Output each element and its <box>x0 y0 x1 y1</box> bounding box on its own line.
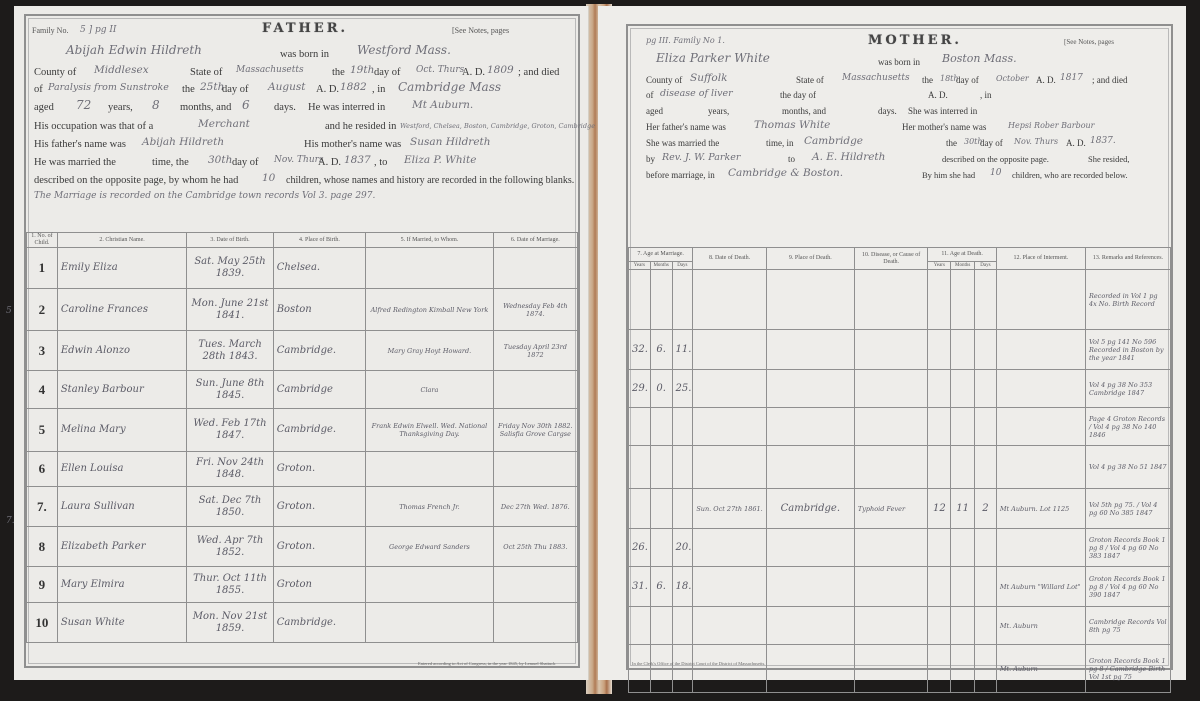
death-age-months <box>951 370 975 408</box>
death-place: Cambridge Mass <box>398 79 501 96</box>
label: time, in <box>766 135 794 152</box>
child-number: 7. <box>27 487 58 527</box>
remarks: Cambridge Records Vol 8th pg 75 <box>1085 607 1170 645</box>
marriage-year: 1837 <box>344 152 371 169</box>
label: before marriage, in <box>646 167 715 184</box>
marriage-age-days: 18. <box>672 567 693 607</box>
death-cause <box>854 370 928 408</box>
label: A. D. <box>928 87 948 104</box>
child-name: Emily Eliza <box>57 248 187 289</box>
mother-page: pg III. Family No 1. MOTHER. [See Notes,… <box>598 6 1186 680</box>
col-header: 3. Date of Birth. <box>187 233 273 248</box>
death-age-years <box>928 330 951 370</box>
label: time, the <box>152 154 189 171</box>
page-title: FATHER. <box>262 20 348 37</box>
label: , in <box>980 87 992 104</box>
table-row: 31.6.18.Mt Auburn "Willard Lot"Groton Re… <box>629 567 1171 607</box>
label: aged <box>34 99 54 116</box>
death-day: 25th <box>200 79 224 96</box>
death-age-years <box>928 370 951 408</box>
marriage-date: Dec 27th Wed. 1876. <box>493 487 577 527</box>
marriage-date <box>493 567 577 603</box>
marriage-place: Cambridge <box>804 133 863 150</box>
death-age-months <box>951 270 975 330</box>
child-number: 9 <box>27 567 58 603</box>
birth-year: 1817 <box>1060 70 1083 87</box>
mothers-name: Hepsi Rober Barbour <box>1008 117 1095 134</box>
birth-year: 1809 <box>487 62 514 79</box>
death-date <box>693 270 767 330</box>
marriage-year: 1837. <box>1090 133 1116 150</box>
label: days. <box>274 99 296 116</box>
death-age-years <box>928 270 951 330</box>
death-age-years: 12 <box>928 489 951 529</box>
marriage-age-months: 0. <box>650 370 672 408</box>
birth-date: Sun. June 8th 1845. <box>187 371 273 409</box>
death-cause <box>854 330 928 370</box>
death-cause <box>854 446 928 489</box>
age-months: 8 <box>152 97 160 114</box>
label: was born in <box>280 46 329 63</box>
officiant: Rev. J. W. Parker <box>662 149 740 166</box>
spouse-name: Frank Edwin Elwell. Wed. National Thanks… <box>366 409 493 452</box>
table-row: Mt. AuburnCambridge Records Vol 8th pg 7… <box>629 607 1171 645</box>
label: , in <box>372 81 385 98</box>
table-row: 8Elizabeth ParkerWed. Apr 7th 1852.Groto… <box>27 527 578 567</box>
marriage-date <box>493 371 577 409</box>
state: Massachusetts <box>236 62 304 79</box>
death-place <box>766 270 854 330</box>
label: By him she had <box>922 167 975 184</box>
spouse-name: George Edward Sanders <box>366 527 493 567</box>
occupation: Merchant <box>198 116 250 133</box>
remarks: Vol 4 pg 38 No 353 Cambridge 1847 <box>1085 370 1170 408</box>
birth-place: Boston <box>273 289 366 331</box>
marriage-month: Nov. Thurs <box>1014 133 1058 150</box>
marriage-age-days <box>672 408 693 446</box>
death-place: Cambridge. <box>766 489 854 529</box>
table-row: 2Caroline FrancesMon. June 21st 1841.Bos… <box>27 289 578 331</box>
child-number: 1 <box>27 248 58 289</box>
birth-date: Wed. Apr 7th 1852. <box>187 527 273 567</box>
death-date <box>693 408 767 446</box>
child-name: Mary Elmira <box>57 567 187 603</box>
birth-place: Cambridge <box>273 371 366 409</box>
mothers-name: Susan Hildreth <box>410 134 491 151</box>
label: days. <box>878 103 897 120</box>
child-number: 6 <box>27 452 58 487</box>
marriage-age-years <box>629 270 651 330</box>
label: day of <box>956 72 979 89</box>
death-age-days: 2 <box>975 489 997 529</box>
table-row: 9Mary ElmiraThur. Oct 11th 1855.Groton <box>27 567 578 603</box>
label: Her father's name was <box>646 119 726 136</box>
marriage-age-days: 20. <box>672 529 693 567</box>
spouse-name: Alfred Redington Kimball New York <box>366 289 493 331</box>
cause-of-death: disease of liver <box>660 85 733 102</box>
table-row: 7.Laura SullivanSat. Dec 7th 1850.Groton… <box>27 487 578 527</box>
death-cause <box>854 529 928 567</box>
marriage-month: Nov. Thurs <box>274 152 324 169</box>
death-place <box>766 408 854 446</box>
cause-of-death: Paralysis from Sunstroke <box>48 79 169 96</box>
child-name: Melina Mary <box>57 409 187 452</box>
child-number: 2 <box>27 289 58 331</box>
death-table: 7. Age at Marriage. 8. Date of Death. 9.… <box>628 247 1171 693</box>
death-date: Sun. Oct 27th 1861. <box>693 489 767 529</box>
see-notes: [See Notes, pages <box>1064 34 1114 51</box>
family-no-value: pg III. Family No 1. <box>646 32 725 49</box>
death-date <box>693 446 767 489</box>
child-number: 4 <box>27 371 58 409</box>
death-year: 1882 <box>340 79 367 96</box>
label: day of <box>222 81 249 98</box>
spouse-name <box>366 603 493 643</box>
child-name: Caroline Frances <box>57 289 187 331</box>
col-header: 5. If Married, to Whom. <box>366 233 493 248</box>
remarks: Groton Records Book 1 pg 8 / Vol 4 pg 60… <box>1085 567 1170 607</box>
label: His father's name was <box>34 136 126 153</box>
death-age-years <box>928 567 951 607</box>
label: A. D. <box>1036 72 1056 89</box>
label: described on the opposite page, by whom … <box>34 172 238 189</box>
birth-place: Boston Mass. <box>942 50 1017 67</box>
col-subheader: Days <box>975 262 997 270</box>
child-number: 10 <box>27 603 58 643</box>
col-header: 8. Date of Death. <box>693 248 767 270</box>
state: Massachusetts <box>842 70 910 87</box>
interment-place <box>996 330 1085 370</box>
death-place <box>766 370 854 408</box>
label: He was interred in <box>308 99 385 116</box>
table-row: Vol 4 pg 38 No 51 1847 <box>629 446 1171 489</box>
marriage-age-days <box>672 270 693 330</box>
table-row: 3Edwin AlonzoTues. March 28th 1843.Cambr… <box>27 331 578 371</box>
birth-place: Groton. <box>273 527 366 567</box>
label: , to <box>374 154 387 171</box>
label: of <box>34 81 43 98</box>
label: He was married the <box>34 154 116 171</box>
col-header: 11. Age at Death. <box>928 248 996 262</box>
birth-date: Mon. Nov 21st 1859. <box>187 603 273 643</box>
table-row: Sun. Oct 27th 1861.Cambridge.Typhoid Fev… <box>629 489 1171 529</box>
death-cause <box>854 408 928 446</box>
child-name: Stanley Barbour <box>57 371 187 409</box>
col-header: 12. Place of Interment. <box>996 248 1085 270</box>
father-header: Family No. 5 ] pg II FATHER. [See Notes,… <box>32 22 582 222</box>
birth-place: Groton. <box>273 487 366 527</box>
margin-mark: 5 <box>6 306 12 316</box>
marriage-age-days <box>672 607 693 645</box>
col-subheader: Years <box>928 262 951 270</box>
death-age-days <box>975 370 997 408</box>
marriage-age-years: 29. <box>629 370 651 408</box>
child-number: 8 <box>27 527 58 567</box>
col-header: 4. Place of Birth. <box>273 233 366 248</box>
child-name: Ellen Louisa <box>57 452 187 487</box>
marriage-age-years <box>629 489 651 529</box>
see-notes: [See Notes, pages <box>452 22 509 39</box>
birth-day: 19th <box>350 62 374 79</box>
marriage-age-months <box>650 446 672 489</box>
marriage-age-months <box>650 408 672 446</box>
birth-month: Oct. Thurs <box>416 62 464 79</box>
birth-place: Cambridge. <box>273 331 366 371</box>
label: day of <box>374 64 401 81</box>
death-place <box>766 645 854 693</box>
marriage-date: Friday Nov 30th 1882. Salisfia Grove Car… <box>493 409 577 452</box>
marriage-age-years <box>629 607 651 645</box>
marriage-age-months: 6. <box>650 567 672 607</box>
father-page: Family No. 5 ] pg II FATHER. [See Notes,… <box>14 6 589 680</box>
fathers-name: Thomas White <box>754 117 830 134</box>
spouse-name <box>366 248 493 289</box>
birth-place: Chelsea. <box>273 248 366 289</box>
birth-date: Fri. Nov 24th 1848. <box>187 452 273 487</box>
death-place <box>766 567 854 607</box>
label: and he resided in <box>325 118 396 135</box>
death-date <box>693 607 767 645</box>
marriage-age-days <box>672 446 693 489</box>
child-name: Laura Sullivan <box>57 487 187 527</box>
death-date <box>693 567 767 607</box>
death-age-months: 11 <box>951 489 975 529</box>
table-row: Mt. AuburnGroton Records Book 1 pg 8 / C… <box>629 645 1171 693</box>
spouse-name: Mary Gray Hoyt Howard. <box>366 331 493 371</box>
spouse-name: A. E. Hildreth <box>812 149 885 166</box>
marriage-date: Oct 25th Thu 1883. <box>493 527 577 567</box>
death-age-days <box>975 330 997 370</box>
marriage-date <box>493 452 577 487</box>
col-subheader: Months <box>951 262 975 270</box>
marriage-age-years: 32. <box>629 330 651 370</box>
label: She resided, <box>1088 151 1130 168</box>
remarks: Vol 4 pg 38 No 51 1847 <box>1085 446 1170 489</box>
court-footer: In the Clerk's Office of the District Co… <box>632 661 765 666</box>
child-name: Edwin Alonzo <box>57 331 187 371</box>
child-name: Elizabeth Parker <box>57 527 187 567</box>
residences: Westford, Chelsea, Boston, Cambridge, Gr… <box>400 118 595 135</box>
mother-header: pg III. Family No 1. MOTHER. [See Notes,… <box>646 32 1176 222</box>
spouse-name <box>366 567 493 603</box>
page-title: MOTHER. <box>868 32 962 49</box>
death-age-months <box>951 607 975 645</box>
marriage-date: Tuesday April 23rd 1872 <box>493 331 577 371</box>
table-row: Page 4 Groton Records / Vol 4 pg 38 No 1… <box>629 408 1171 446</box>
marriage-age-years: 26. <box>629 529 651 567</box>
interment-place <box>996 446 1085 489</box>
marriage-age-years: 31. <box>629 567 651 607</box>
table-row: 29.0.25.Vol 4 pg 38 No 353 Cambridge 184… <box>629 370 1171 408</box>
label: ; and died <box>518 64 559 81</box>
death-age-days <box>975 529 997 567</box>
label: by <box>646 151 655 168</box>
death-place <box>766 529 854 567</box>
remarks: Recorded in Vol 1 pg 4x No. Birth Record <box>1085 270 1170 330</box>
spouse-name: Clara <box>366 371 493 409</box>
death-age-months <box>951 408 975 446</box>
margin-mark: 7. <box>6 516 15 526</box>
label: the day of <box>780 87 816 104</box>
marriage-age-months <box>650 607 672 645</box>
marriage-date: Wednesday Feb 4th 1874. <box>493 289 577 331</box>
table-row: 32.6.11.Vol 5 pg 141 No 596 Recorded in … <box>629 330 1171 370</box>
interment-place: Mt Auburn. Lot 1125 <box>996 489 1085 529</box>
interment-place <box>996 529 1085 567</box>
child-number: 3 <box>27 331 58 371</box>
death-cause <box>854 270 928 330</box>
table-row: 5Melina MaryWed. Feb 17th 1847.Cambridge… <box>27 409 578 452</box>
family-no-label: Family No. <box>32 22 68 39</box>
col-header: 1. No. of Child. <box>27 233 58 248</box>
marriage-age-years <box>629 645 651 693</box>
col-header: 7. Age at Marriage. <box>629 248 693 262</box>
label: months, and <box>180 99 231 116</box>
marriage-date <box>493 248 577 289</box>
col-header: 9. Place of Death. <box>766 248 854 270</box>
marriage-age-days: 11. <box>672 330 693 370</box>
marriage-age-months: 6. <box>650 330 672 370</box>
children-table: 1. No. of Child. 2. Christian Name. 3. D… <box>26 232 578 643</box>
label: day of <box>980 135 1003 152</box>
label: A. D. <box>316 81 339 98</box>
label: children, who are recorded below. <box>1012 167 1128 184</box>
col-header: 2. Christian Name. <box>57 233 187 248</box>
label: ; and died <box>1092 72 1128 89</box>
spouse-name: Eliza P. White <box>404 152 476 169</box>
marriage-age-years <box>629 408 651 446</box>
death-age-days <box>975 446 997 489</box>
table-row: 26.20.Groton Records Book 1 pg 8 / Vol 4… <box>629 529 1171 567</box>
death-age-years <box>928 645 951 693</box>
label: A. D. <box>1066 135 1086 152</box>
death-place <box>766 607 854 645</box>
label: His occupation was that of a <box>34 118 153 135</box>
interment-place <box>996 408 1085 446</box>
spouse-name <box>366 452 493 487</box>
interment-place <box>996 270 1085 330</box>
label: was born in <box>878 54 920 71</box>
birth-place: Groton <box>273 567 366 603</box>
birth-place: Cambridge. <box>273 603 366 643</box>
label: years, <box>708 103 729 120</box>
death-age-months <box>951 645 975 693</box>
label: the <box>182 81 195 98</box>
marriage-age-months <box>650 270 672 330</box>
label: the <box>946 135 957 152</box>
death-age-months <box>951 567 975 607</box>
marriage-age-years <box>629 446 651 489</box>
col-subheader: Years <box>629 262 651 270</box>
death-date <box>693 330 767 370</box>
table-row: Recorded in Vol 1 pg 4x No. Birth Record <box>629 270 1171 330</box>
table-row: 10Susan WhiteMon. Nov 21st 1859.Cambridg… <box>27 603 578 643</box>
death-cause <box>854 645 928 693</box>
birth-month: October <box>996 70 1029 87</box>
marriage-age-days <box>672 489 693 529</box>
age-days: 6 <box>242 97 250 114</box>
interment-place: Mt Auburn. <box>412 97 473 114</box>
death-date <box>693 645 767 693</box>
remarks: Vol 5 pg 141 No 596 Recorded in Boston b… <box>1085 330 1170 370</box>
birth-date: Sat. Dec 7th 1850. <box>187 487 273 527</box>
children-count: 10 <box>262 170 275 187</box>
death-age-years <box>928 446 951 489</box>
death-age-years <box>928 408 951 446</box>
label: She was interred in <box>908 103 977 120</box>
label: A. D. <box>318 154 341 171</box>
death-age-years <box>928 607 951 645</box>
mother-name: Eliza Parker White <box>656 50 770 67</box>
birth-place: Groton. <box>273 452 366 487</box>
death-month: August <box>268 79 305 96</box>
death-place <box>766 330 854 370</box>
interment-place: Mt Auburn "Willard Lot" <box>996 567 1085 607</box>
death-date <box>693 370 767 408</box>
table-row: 6Ellen LouisaFri. Nov 24th 1848.Groton. <box>27 452 578 487</box>
marriage-day: 30th <box>208 152 232 169</box>
col-subheader: Months <box>650 262 672 270</box>
child-name: Susan White <box>57 603 187 643</box>
residence-before-marriage: Cambridge & Boston. <box>728 165 843 182</box>
birth-place: Westford Mass. <box>357 42 451 59</box>
age-years: 72 <box>76 97 91 114</box>
birth-place: Cambridge. <box>273 409 366 452</box>
birth-date: Wed. Feb 17th 1847. <box>187 409 273 452</box>
death-age-days <box>975 567 997 607</box>
copyright-footer: Entered according to Act of Congress, in… <box>418 661 555 666</box>
death-cause <box>854 607 928 645</box>
death-age-months <box>951 446 975 489</box>
death-age-days <box>975 645 997 693</box>
marriage-date <box>493 603 577 643</box>
label: aged <box>646 103 663 120</box>
label: His mother's name was <box>304 136 401 153</box>
death-cause <box>854 567 928 607</box>
remarks: Page 4 Groton Records / Vol 4 pg 38 No 1… <box>1085 408 1170 446</box>
death-age-years <box>928 529 951 567</box>
marriage-age-days <box>672 645 693 693</box>
interment-place <box>996 370 1085 408</box>
label: children, whose names and history are re… <box>286 172 574 189</box>
fathers-name: Abijah Hildreth <box>142 134 224 151</box>
death-age-months <box>951 529 975 567</box>
marriage-age-days: 25. <box>672 370 693 408</box>
death-age-days <box>975 270 997 330</box>
marriage-age-months <box>650 645 672 693</box>
family-no-value: 5 ] pg II <box>80 22 116 39</box>
remarks: Groton Records Book 1 pg 8 / Cambridge B… <box>1085 645 1170 693</box>
death-cause: Typhoid Fever <box>854 489 928 529</box>
marriage-age-months <box>650 529 672 567</box>
table-row: 1Emily ElizaSat. May 25th 1839.Chelsea. <box>27 248 578 289</box>
col-header: 10. Disease, or Cause of Death. <box>854 248 928 270</box>
county: Middlesex <box>94 62 149 79</box>
death-age-days <box>975 408 997 446</box>
table-row: 4Stanley BarbourSun. June 8th 1845.Cambr… <box>27 371 578 409</box>
death-place <box>766 446 854 489</box>
col-header: 6. Date of Marriage. <box>493 233 577 248</box>
remarks: Groton Records Book 1 pg 8 / Vol 4 pg 60… <box>1085 529 1170 567</box>
birth-date: Mon. June 21st 1841. <box>187 289 273 331</box>
death-age-days <box>975 607 997 645</box>
col-subheader: Days <box>672 262 693 270</box>
death-date <box>693 529 767 567</box>
marriage-age-months <box>650 489 672 529</box>
interment-place: Mt. Auburn <box>996 645 1085 693</box>
label: day of <box>232 154 259 171</box>
child-number: 5 <box>27 409 58 452</box>
